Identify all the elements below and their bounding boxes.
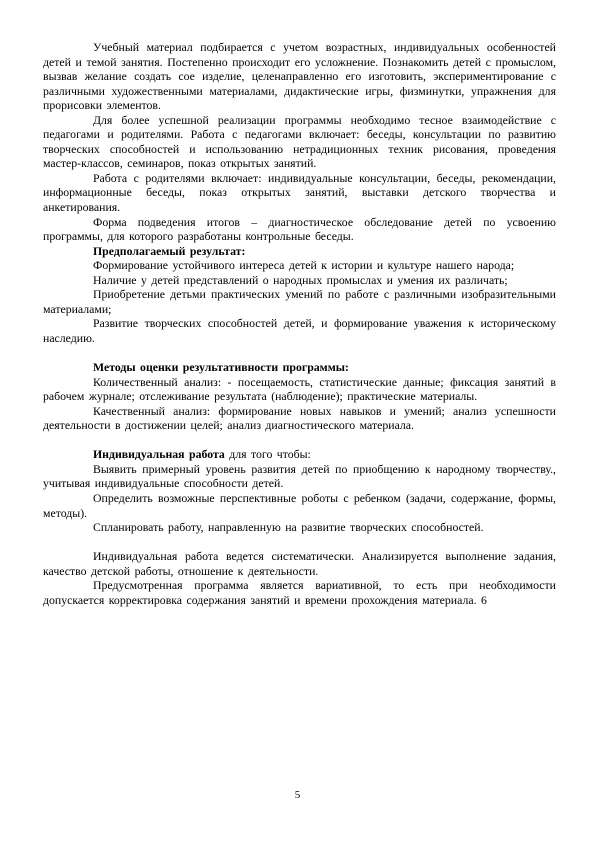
list-item: Развитие творческих способностей детей, … [43, 316, 556, 345]
paragraph-text: Наличие у детей представлений о народных… [93, 273, 508, 287]
paragraph-text: Качественный анализ: формирование новых … [43, 404, 556, 433]
section-heading: Предполагаемый результат: [43, 244, 556, 259]
paragraph-text: Предусмотренная программа является вариа… [43, 578, 556, 607]
paragraph-text: Работа с родителями включает: индивидуал… [43, 171, 556, 214]
paragraph: Предусмотренная программа является вариа… [43, 578, 556, 607]
list-item: Приобретение детьми практических умений … [43, 287, 556, 316]
paragraph-lead: Предполагаемый результат: [93, 244, 245, 258]
paragraph-text: Развитие творческих способностей детей, … [43, 316, 556, 345]
paragraph: Индивидуальная работа ведется систематич… [43, 549, 556, 578]
paragraph: Учебный материал подбирается с учетом во… [43, 40, 556, 113]
paragraph-lead: Индивидуальная работа [93, 447, 229, 461]
document-body: Учебный материал подбирается с учетом во… [43, 40, 556, 607]
list-item: Наличие у детей представлений о народных… [43, 273, 556, 288]
paragraph-text: Определить возможные перспективные робот… [43, 491, 556, 520]
paragraph-text: Для более успешной реализации программы … [43, 113, 556, 171]
paragraph: Количественный анализ: - посещаемость, с… [43, 375, 556, 404]
list-item: Выявить примерный уровень развития детей… [43, 462, 556, 491]
paragraph: Работа с родителями включает: индивидуал… [43, 171, 556, 215]
paragraph-text: Спланировать работу, направленную на раз… [93, 520, 484, 534]
section-heading: Индивидуальная работа для того чтобы: [43, 447, 556, 462]
paragraph-text: Учебный материал подбирается с учетом во… [43, 40, 556, 112]
paragraph-text: Формирование устойчивого интереса детей … [93, 258, 514, 272]
document-page: Учебный материал подбирается с учетом во… [0, 0, 595, 842]
paragraph: Форма подведения итогов – диагностическо… [43, 215, 556, 244]
list-item: Определить возможные перспективные робот… [43, 491, 556, 520]
paragraph-text: для того чтобы: [229, 447, 311, 461]
paragraph: Качественный анализ: формирование новых … [43, 404, 556, 433]
paragraph-text: Индивидуальная работа ведется систематич… [43, 549, 556, 578]
paragraph-text: Выявить примерный уровень развития детей… [43, 462, 556, 491]
paragraph: Для более успешной реализации программы … [43, 113, 556, 171]
paragraph-text: Форма подведения итогов – диагностическо… [43, 215, 556, 244]
section-heading: Методы оценки результативности программы… [43, 360, 556, 375]
list-item: Спланировать работу, направленную на раз… [43, 520, 556, 535]
paragraph-lead: Методы оценки результативности программы… [93, 360, 349, 374]
list-item: Формирование устойчивого интереса детей … [43, 258, 556, 273]
paragraph-text: Приобретение детьми практических умений … [43, 287, 556, 316]
paragraph-text: Количественный анализ: - посещаемость, с… [43, 375, 556, 404]
page-number: 5 [0, 788, 595, 802]
